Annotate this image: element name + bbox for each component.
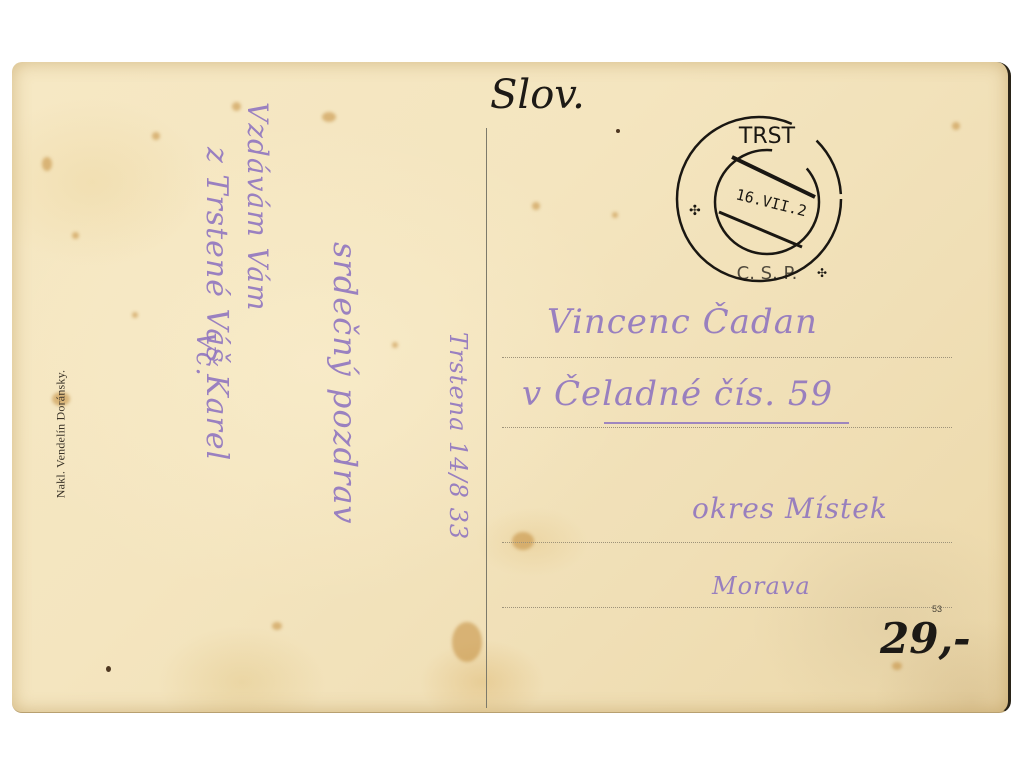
postmark-star-icon: ✣ [817, 266, 827, 280]
message-line-1: Vzdávám Vám [241, 102, 274, 311]
hole-mark [106, 666, 111, 672]
foxing-spot [452, 622, 482, 662]
postcard: Nakl. Vendelín Doránsky. Slov. Vzdávám V… [12, 62, 1011, 713]
address-recipient-name: Vincenc Čadan [547, 302, 818, 342]
foxing-spot [132, 312, 138, 318]
plate-number: 53 [932, 604, 942, 614]
foxing-spot [42, 157, 52, 171]
address-country: Morava [712, 572, 811, 600]
address-district: okres Místek [692, 492, 888, 525]
postmark-stamp: TRST 16.VII.2 C. S. P. ✣ ✣ [667, 107, 847, 287]
foxing-spot [512, 532, 534, 550]
postmark-lower-text: C. S. P. [737, 263, 798, 284]
postmark-star-icon: ✣ [689, 203, 701, 219]
foxing-spot [232, 102, 241, 111]
address-street: v Čeladné čís. 59 [522, 374, 833, 414]
address-guide-line [502, 542, 952, 543]
address-underline [604, 422, 849, 424]
publisher-imprint: Nakl. Vendelín Doránsky. [54, 370, 69, 498]
foxing-spot [272, 622, 282, 630]
address-guide-line [502, 357, 952, 358]
pencil-note-top: Slov. [490, 72, 585, 118]
postmark-town: TRST [738, 124, 796, 149]
foxing-spot [72, 232, 79, 239]
foxing-spot [322, 112, 336, 122]
ink-dot [616, 129, 620, 133]
message-line-2: srdečný pozdrav [326, 242, 364, 524]
message-date-line: Trstena 14/8 33 [444, 332, 472, 540]
message-line-3: z Trstené Váš Karel [199, 147, 234, 461]
foxing-spot [152, 132, 160, 140]
address-guide-line [502, 427, 952, 428]
foxing-spot [892, 662, 902, 670]
foxing-spot [532, 202, 540, 210]
foxing-spot [952, 122, 960, 130]
foxing-spot [392, 342, 398, 348]
center-divider-line [486, 128, 487, 708]
pencil-price-note: 29,- [880, 614, 971, 663]
message-signature: Vč. [190, 332, 220, 377]
foxing-spot [612, 212, 618, 218]
address-guide-line [502, 607, 952, 608]
